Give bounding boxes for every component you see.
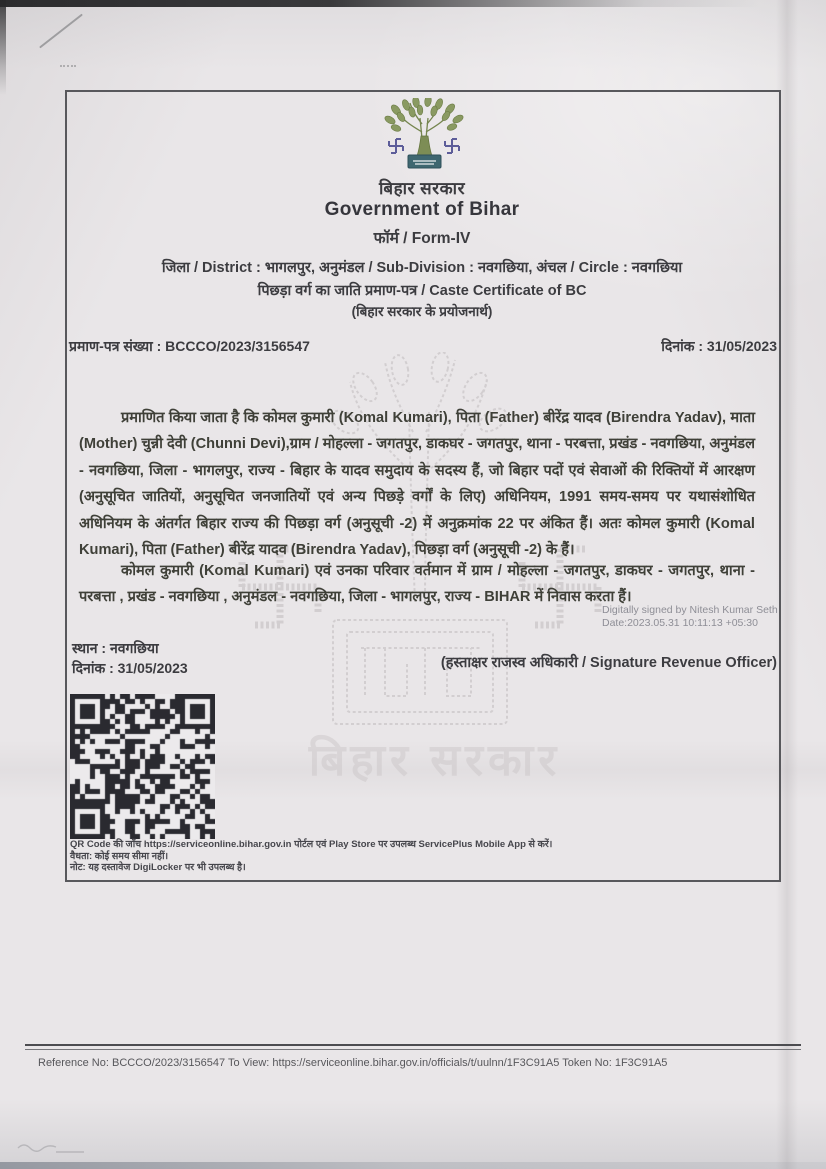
scan-edge-top <box>0 0 826 7</box>
digital-signature-line2: Date:2023.05.31 10:11:13 +05:30 <box>602 617 778 630</box>
qr-note-validity: वैधता: कोई समय सीमा नहीं। <box>70 851 552 863</box>
org-title-hindi: बिहार सरकार <box>67 176 777 199</box>
certificate-title: पिछड़ा वर्ग का जाति प्रमाण-पत्र / Caste … <box>67 280 777 300</box>
qr-code <box>70 694 215 839</box>
form-number: फॉर्म / Form-IV <box>67 226 777 248</box>
qr-note-validity-check: QR Code की जाँच https://serviceonline.bi… <box>70 839 552 851</box>
footer-rule <box>25 1044 801 1050</box>
digital-signature: Digitally signed by Nitesh Kumar Seth Da… <box>602 604 778 629</box>
district-line: जिला / District : भागलपुर, अनुमंडल / Sub… <box>67 257 777 277</box>
certificate-paragraph-1: प्रमाणित किया जाता है कि कोमल कुमारी (Ko… <box>79 405 755 564</box>
pencil-mark <box>39 14 83 49</box>
issue-date: दिनांक : 31/05/2023 <box>661 337 777 356</box>
meta-row: प्रमाण-पत्र संख्या : BCCCO/2023/3156547 … <box>69 337 777 356</box>
scanned-certificate-page: बिहार सरकार <box>0 0 826 1169</box>
scan-edge-left <box>0 0 6 95</box>
bihar-emblem <box>366 98 482 172</box>
scan-edge-bottom <box>0 1162 826 1169</box>
qr-notes: QR Code की जाँच https://serviceonline.bi… <box>70 839 552 874</box>
pencil-scribble <box>16 1140 106 1158</box>
pencil-dots <box>60 62 76 67</box>
org-title-english: Government of Bihar <box>67 199 777 221</box>
officer-signature-line: (हस्ताक्षर राजस्व अधिकारी / Signature Re… <box>69 652 777 672</box>
certificate-number: प्रमाण-पत्र संख्या : BCCCO/2023/3156547 <box>69 337 310 356</box>
purpose-line: (बिहार सरकार के प्रयोजनार्थ) <box>67 302 777 320</box>
qr-note-digilocker: नोट: यह दस्तावेज DigiLocker पर भी उपलब्ध… <box>70 862 552 874</box>
certificate-paragraph-2: कोमल कुमारी (Komal Kumari) एवं उनका परिव… <box>79 558 755 611</box>
footer-reference: Reference No: BCCCO/2023/3156547 To View… <box>38 1057 667 1069</box>
digital-signature-line1: Digitally signed by Nitesh Kumar Seth <box>602 604 778 617</box>
